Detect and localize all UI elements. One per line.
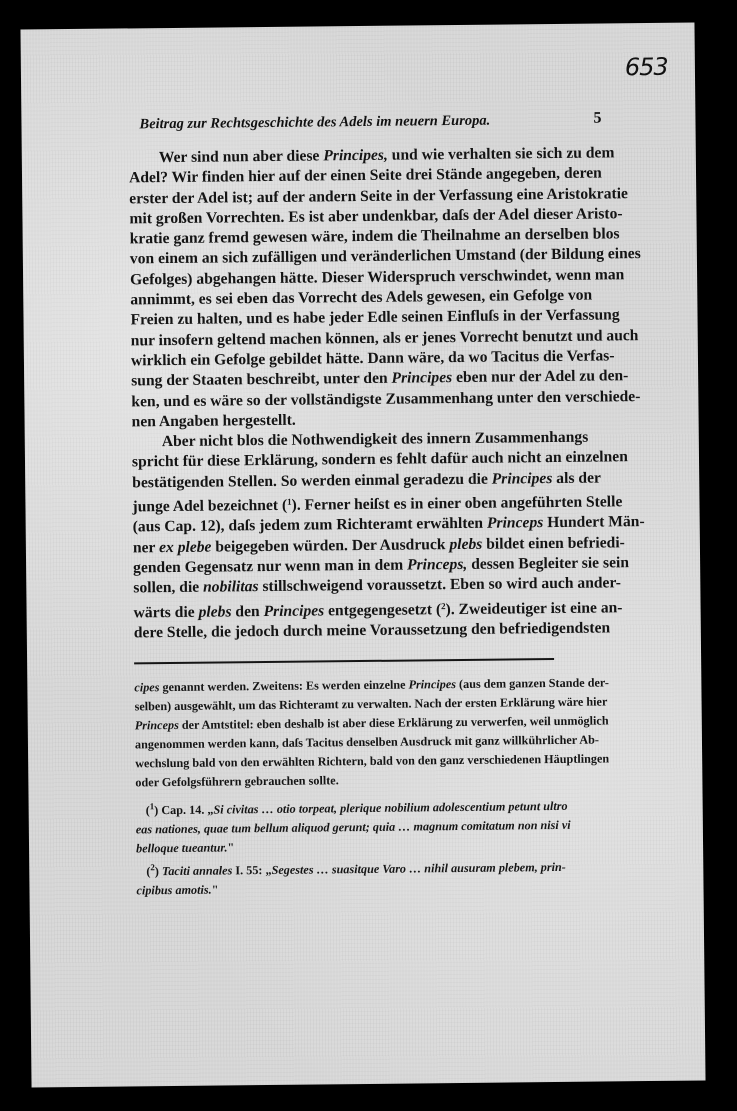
italic-text: plebs xyxy=(198,603,231,620)
text-run: Hundert Män- xyxy=(543,513,645,531)
text-run: bestätigenden Stellen. So werden einmal … xyxy=(132,470,492,491)
running-head-title: Beitrag zur Rechtsgeschichte des Adels i… xyxy=(139,113,490,133)
body-text: Wer sind nun aber diese Principes, und w… xyxy=(129,144,553,643)
text-run: nur insofern geltend machen können, als … xyxy=(131,327,639,349)
italic-text: Principes, xyxy=(323,147,388,165)
text-run: von einem an sich zufälligen und verände… xyxy=(130,246,641,268)
italic-text: plebs xyxy=(449,535,482,552)
text-run: ner xyxy=(133,539,159,556)
italic-text: Princeps, xyxy=(407,556,467,574)
text-run: mit großen Vorrechten. Es ist aber unden… xyxy=(129,205,622,227)
italic-text: Segestes … suasitque Varo … nihil ausura… xyxy=(272,860,566,877)
text-run: nen Angaben hergestellt. xyxy=(132,412,296,431)
text-run: Wer sind nun aber diese xyxy=(159,147,324,166)
text-run: beigegeben würden. Der Ausdruck xyxy=(211,536,449,555)
text-run: wechslung bald von den erwählten Richter… xyxy=(135,751,609,770)
text-run: selben) ausgewählt, um das Richteramt zu… xyxy=(134,694,607,713)
scanned-page: 653 Beitrag zur Rechtsgeschichte des Ade… xyxy=(20,23,705,1088)
text-run: genannt werden. Zweitens: Es werden einz… xyxy=(159,678,408,695)
text-run: stillschweigend voraussetzt. Eben so wir… xyxy=(258,575,621,596)
text-run: entgegengesetzt ( xyxy=(324,601,441,619)
text-run: angenommen werden kann, daſs Tacitus den… xyxy=(135,733,599,752)
text-run: kratie ganz fremd gewesen wäre, indem di… xyxy=(130,225,620,247)
text-run: Freien zu halten, und es habe jeder Edle… xyxy=(130,307,619,329)
italic-text: belloque tueantur. xyxy=(136,840,228,855)
text-run: ) Cap. 14. „ xyxy=(154,803,213,818)
text-run: erster der Adel ist; auf der andern Seit… xyxy=(129,185,628,207)
text-run: wärts die xyxy=(133,603,198,621)
footnote-line: (2) Taciti annales I. 55: „Segestes … su… xyxy=(136,854,556,881)
italic-text: Principes xyxy=(391,369,452,387)
text-run: dessen Begleiter sie sein xyxy=(467,554,629,573)
italic-text: Principes xyxy=(408,677,456,691)
text-run: sung der Staaten beschreibt, unter den xyxy=(131,370,392,390)
italic-text: ex plebe xyxy=(159,538,212,556)
handwritten-folio-number: 653 xyxy=(625,53,668,81)
text-run: " xyxy=(227,840,234,854)
text-run: Aber nicht blos die Nothwendigkeit des i… xyxy=(162,429,589,450)
text-run: eben nur der Adel zu den- xyxy=(452,367,628,386)
text-run: sollen, die xyxy=(133,579,203,597)
body-line: dere Stelle, die jedoch durch meine Vora… xyxy=(134,619,553,644)
italic-text: Taciti annales xyxy=(162,863,232,878)
italic-text: Principes xyxy=(263,602,324,620)
text-run: den xyxy=(231,603,263,620)
text-run: ). Ferner heiſst es in einer oben angefü… xyxy=(292,493,623,513)
text-run: Gefolges) abgehangen hätte. Dieser Wider… xyxy=(130,266,624,288)
footnotes: cipes genannt werden. Zweitens: Es werde… xyxy=(134,674,556,900)
running-head: Beitrag zur Rechtsgeschichte des Adels i… xyxy=(139,111,601,133)
italic-text: Si civitas … otio torpeat, plerique nobi… xyxy=(213,799,567,817)
text-run: annimmt, es sei eben das Vorrecht des Ad… xyxy=(130,287,592,309)
italic-text: cipes xyxy=(134,680,159,694)
text-run: wirklich ein Gefolge gebildet hätte. Dan… xyxy=(131,347,615,369)
footnote-line: cipibus amotis." xyxy=(136,877,556,900)
text-run: und wie verhalten sie sich zu dem xyxy=(388,144,615,163)
italic-text: Princeps xyxy=(487,514,543,532)
text-run: der Amtstitel: eben deshalb ist aber die… xyxy=(179,713,609,732)
text-run: ken, und es wäre so der vollständigste Z… xyxy=(131,388,640,410)
text-run: ). Zweideutiger ist eine an- xyxy=(445,599,622,618)
italic-text: Princeps xyxy=(135,718,179,732)
text-run: spricht für diese Erklärung, sondern es … xyxy=(132,449,628,471)
page-number: 5 xyxy=(593,109,601,127)
text-run: bildet einen befriedi- xyxy=(482,534,625,552)
text-run: " xyxy=(212,883,219,897)
italic-text: eas nationes, quae tum bellum aliquod ge… xyxy=(136,818,571,837)
text-run: genden Gegensatz nur wenn man in dem xyxy=(133,556,407,576)
text-run: oder Gefolgsführern gebrauchen sollte. xyxy=(135,773,338,789)
italic-text: nobilitas xyxy=(203,578,259,596)
italic-text: Principes xyxy=(492,470,553,488)
text-run: I. 55: „ xyxy=(232,863,271,877)
italic-text: cipibus amotis. xyxy=(136,883,211,898)
text-run: Adel? Wir finden hier auf der einen Seit… xyxy=(129,165,602,187)
text-run: (aus Cap. 12), daſs jedem zum Richteramt… xyxy=(133,515,487,536)
text-run: als der xyxy=(552,469,601,487)
footnote-rule xyxy=(134,658,554,664)
text-run: (aus dem ganzen Stande der- xyxy=(456,675,609,691)
text-run: junge Adel bezeichnet ( xyxy=(132,497,287,516)
text-run: dere Stelle, die jedoch durch meine Vora… xyxy=(134,619,610,641)
